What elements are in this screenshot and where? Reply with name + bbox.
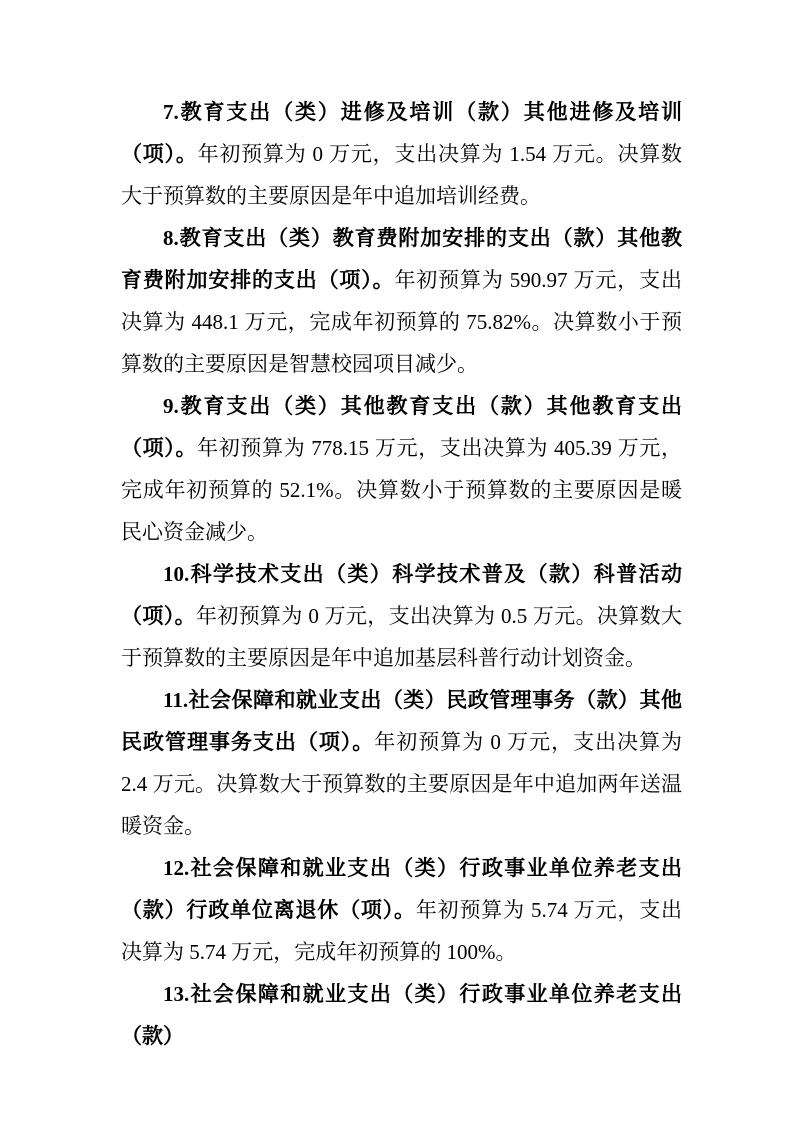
paragraph-body: 年初预算为 0 万元，支出决算为 1.54 万元。决算数大于预算数的主要原因是年… (121, 142, 682, 208)
paragraph-item-12: 12.社会保障和就业支出（类）行政事业单位养老支出（款）行政单位离退休（项）。年… (121, 847, 682, 973)
document-text-block: 7.教育支出（类）进修及培训（款）其他进修及培训（项）。年初预算为 0 万元，支… (121, 91, 682, 1057)
paragraph-item-10: 10.科学技术支出（类）科学技术普及（款）科普活动（项）。年初预算为 0 万元，… (121, 553, 682, 679)
document-page: 7.教育支出（类）进修及培训（款）其他进修及培训（项）。年初预算为 0 万元，支… (0, 0, 793, 1122)
paragraph-body: 年初预算为 0 万元，支出决算为 0.5 万元。决算数大于预算数的主要原因是年中… (121, 604, 682, 670)
paragraph-item-7: 7.教育支出（类）进修及培训（款）其他进修及培训（项）。年初预算为 0 万元，支… (121, 91, 682, 217)
paragraph-body: 年初预算为 778.15 万元，支出决算为 405.39 万元，完成年初预算的 … (121, 436, 682, 544)
paragraph-heading: 13.社会保障和就业支出（类）行政事业单位养老支出（款） (121, 982, 682, 1048)
paragraph-item-13: 13.社会保障和就业支出（类）行政事业单位养老支出（款） (121, 973, 682, 1057)
paragraph-item-9: 9.教育支出（类）其他教育支出（款）其他教育支出（项）。年初预算为 778.15… (121, 385, 682, 553)
paragraph-item-11: 11.社会保障和就业支出（类）民政管理事务（款）其他民政管理事务支出（项）。年初… (121, 679, 682, 847)
paragraph-item-8: 8.教育支出（类）教育费附加安排的支出（款）其他教育费附加安排的支出（项）。年初… (121, 217, 682, 385)
